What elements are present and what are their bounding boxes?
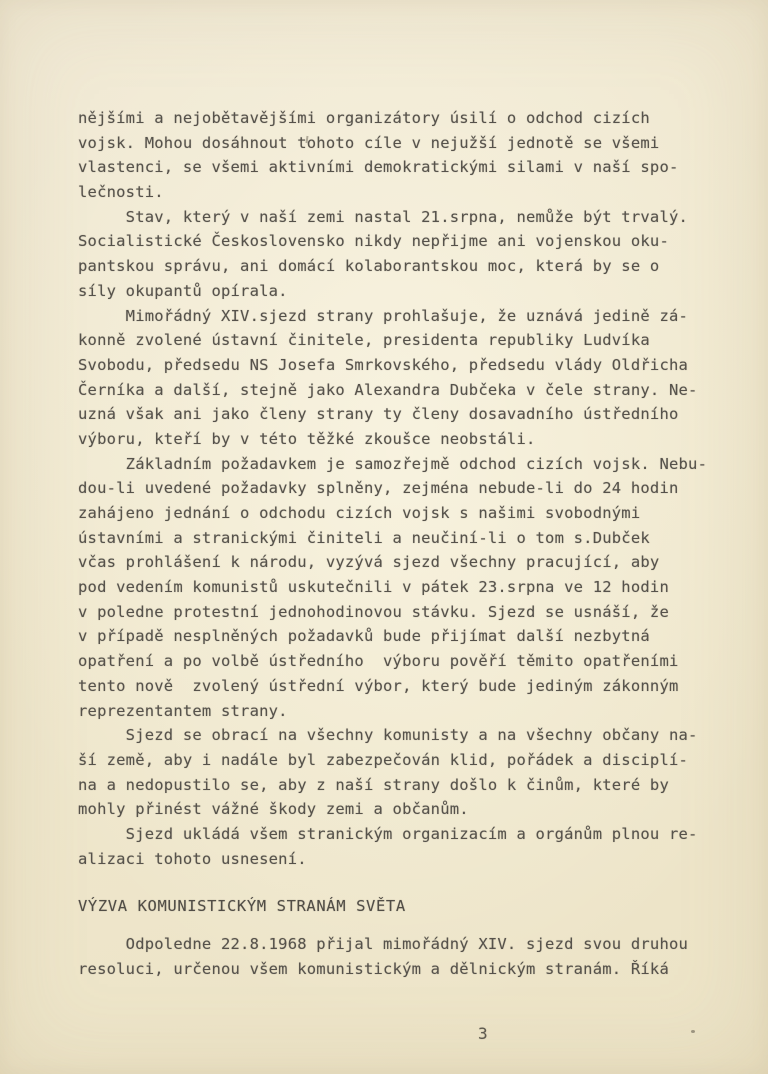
text-line: pod vedením komunistů uskutečnili v páte… — [78, 575, 718, 600]
text-line: Stav, který v naší zemi nastal 21.srpna,… — [78, 205, 718, 230]
text-line: Socialistické Československo nikdy nepři… — [78, 229, 718, 254]
paragraph: nějšími a nejobětavějšími organizátory ú… — [78, 106, 718, 205]
text-line: na a nedopustilo se, aby z naší strany d… — [78, 773, 718, 798]
text-line: lečnosti. — [78, 180, 718, 205]
text-line: konně zvolené ústavní činitele, presiden… — [78, 328, 718, 353]
text-line: mohly přinést vážné škody zemi a občanům… — [78, 797, 718, 822]
text-line: vojsk. Mohou dosáhnout tohoto cíle v nej… — [78, 131, 718, 156]
text-line: včas prohlášení k národu, vyzývá sjezd v… — [78, 550, 718, 575]
paragraph: Základním požadavkem je samozřejmě odcho… — [78, 452, 718, 724]
paragraph: Sjezd ukládá všem stranickým organizacím… — [78, 822, 718, 871]
paragraph: Stav, který v naší zemi nastal 21.srpna,… — [78, 205, 718, 304]
text-line: vlastenci, se všemi aktivními demokratic… — [78, 155, 718, 180]
text-line: uzná však ani jako členy strany ty členy… — [78, 402, 718, 427]
text-line: ší země, aby i nadále byl zabezpečován k… — [78, 748, 718, 773]
page-number: 3 — [478, 1024, 488, 1043]
text-line: Mimořádný XIV.sjezd strany prohlašuje, ž… — [78, 304, 718, 329]
text-line: dou-li uvedené požadavky splněny, zejmén… — [78, 476, 718, 501]
text-line: alizaci tohoto usnesení. — [78, 847, 718, 872]
section-heading: VÝZVA KOMUNISTICKÝM STRANÁM SVĚTA — [78, 894, 718, 919]
document-page: nějšími a nejobětavějšími organizátory ú… — [0, 0, 768, 1074]
text-line: reprezentantem strany. — [78, 699, 718, 724]
text-line: tento nově zvolený ústřední výbor, který… — [78, 674, 718, 699]
paragraph: Sjezd se obrací na všechny komunisty a n… — [78, 723, 718, 822]
text-line: Černíka a další, stejně jako Alexandra D… — [78, 378, 718, 403]
text-line: Svobodu, předsedu NS Josefa Smrkovského,… — [78, 353, 718, 378]
text-line: Základním požadavkem je samozřejmě odcho… — [78, 452, 718, 477]
text-line: v poledne protestní jednohodinovou stávk… — [78, 600, 718, 625]
text-line: síly okupantů opírala. — [78, 279, 718, 304]
paragraph: Mimořádný XIV.sjezd strany prohlašuje, ž… — [78, 304, 718, 452]
text-line: zahájeno jednání o odchodu cizích vojsk … — [78, 501, 718, 526]
text-line: resoluci, určenou všem komunistickým a d… — [78, 957, 718, 982]
text-line: opatření a po volbě ústředního výboru po… — [78, 649, 718, 674]
text-line: nějšími a nejobětavějšími organizátory ú… — [78, 106, 718, 131]
text-line: pantskou správu, ani domácí kolaborantsk… — [78, 254, 718, 279]
text-line: VÝZVA KOMUNISTICKÝM STRANÁM SVĚTA — [78, 894, 718, 919]
document-text: nějšími a nejobětavějšími organizátory ú… — [78, 106, 718, 981]
text-line: výboru, kteří by v této těžké zkoušce ne… — [78, 427, 718, 452]
text-line: Sjezd se obrací na všechny komunisty a n… — [78, 723, 718, 748]
text-line: v případě nesplněných požadavků bude při… — [78, 624, 718, 649]
paragraph: Odpoledne 22.8.1968 přijal mimořádný XIV… — [78, 932, 718, 981]
text-line: Odpoledne 22.8.1968 přijal mimořádný XIV… — [78, 932, 718, 957]
text-line: ústavními a stranickými činiteli a neuči… — [78, 526, 718, 551]
ink-speck — [691, 1030, 695, 1033]
text-line: Sjezd ukládá všem stranickým organizacím… — [78, 822, 718, 847]
